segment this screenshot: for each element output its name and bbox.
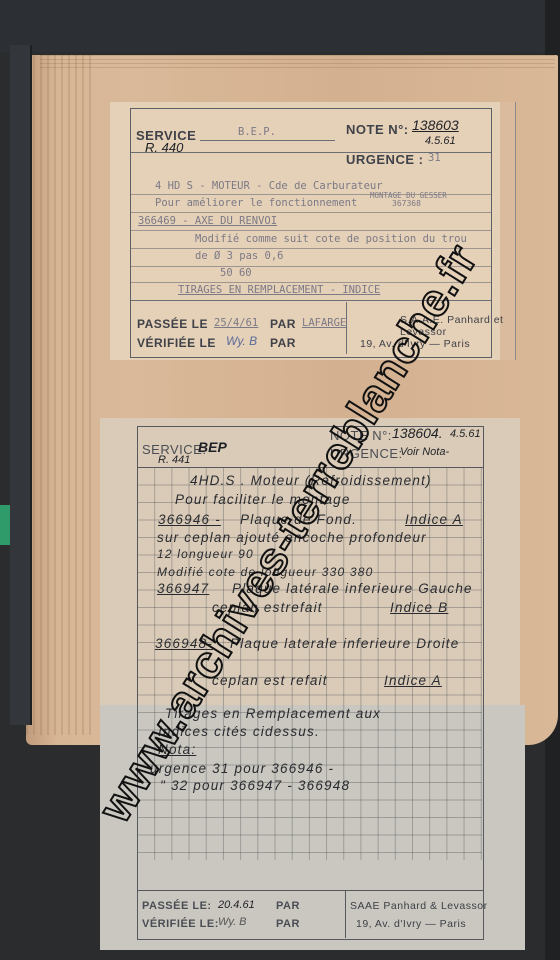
passee-par: LAFARGE — [302, 317, 346, 329]
line-5: de Ø 3 pas 0,6 — [195, 250, 284, 262]
green-bookmark-tab — [0, 505, 10, 545]
margin-note-2: 367368 — [392, 199, 421, 208]
page-top-edges — [40, 55, 555, 71]
verifiee-label: VÉRIFIÉE LE — [137, 336, 216, 350]
passee-label: PASSÉE LE — [137, 317, 208, 331]
passee-date: 25/4/61 — [214, 317, 258, 329]
note-number-2: 138604. — [392, 425, 443, 441]
verifiee-label-2: VÉRIFIÉE LE: — [142, 918, 219, 930]
part-2-number: 366947 — [157, 581, 209, 596]
service-ref-2: R. 441 — [158, 454, 190, 466]
footer-divider — [346, 302, 347, 354]
par-label: PAR — [270, 317, 296, 331]
note-number: 138603 — [412, 117, 459, 133]
service-value: B.E.P. — [238, 126, 276, 138]
line-7: TIRAGES EN REMPLACEMENT - INDICE — [178, 284, 380, 296]
verifiee-date: Wy. B — [226, 334, 257, 348]
company-line-2-2: 19, Av. d'Ivry — Paris — [356, 918, 466, 930]
line-6: 50 60 — [220, 267, 252, 279]
note-date: 4.5.61 — [425, 135, 456, 147]
line-2: Pour améliorer le fonctionnement — [155, 197, 357, 209]
par-label-4: PAR — [276, 918, 300, 930]
line-1: 4 HD S - MOTEUR - Cde de Carburateur — [155, 180, 383, 192]
part-2-indice: Indice B — [390, 600, 448, 615]
nota-line-2: " 32 pour 366947 - 366948 — [160, 778, 350, 793]
note-number-label: NOTE N°: — [346, 122, 409, 137]
part-1-number: 366946 - — [158, 512, 221, 527]
verifiee-date-2: Wy. B — [218, 916, 247, 928]
service-rule — [200, 140, 335, 141]
footer-rule-2 — [137, 890, 483, 891]
line-3: 366469 - AXE DU RENVOI — [138, 215, 277, 227]
par-label-3: PAR — [276, 900, 300, 912]
footer-divider-2 — [345, 890, 346, 938]
passee-label-2: PASSÉE LE: — [142, 900, 212, 912]
nota-line-1: urgence 31 pour 366946 - — [150, 761, 334, 776]
book-spine — [10, 45, 32, 725]
passee-date-2: 20.4.61 — [218, 899, 255, 911]
line-4: Modifié comme suit cote de position du t… — [195, 233, 467, 245]
line-rule — [131, 230, 491, 231]
urgence-value: 31 — [428, 152, 441, 164]
part-1-indice: Indice A — [405, 512, 463, 527]
par-label-2: PAR — [270, 336, 296, 350]
line-rule — [131, 212, 491, 213]
part-3-indice: Indice A — [384, 673, 442, 688]
note-date-2: 4.5.61 — [450, 428, 481, 440]
service-value-2: BEP — [198, 439, 227, 455]
company-line-2-1: SAAE Panhard & Levassor — [350, 900, 488, 912]
urgence-label: URGENCE : — [346, 152, 423, 167]
book-cover-top — [0, 0, 560, 52]
line-2-9: Plaque laterale inferieure Droite — [230, 636, 459, 651]
page-stack-edges — [26, 55, 96, 735]
urgence-value-2: Voir Nota- — [400, 446, 449, 458]
